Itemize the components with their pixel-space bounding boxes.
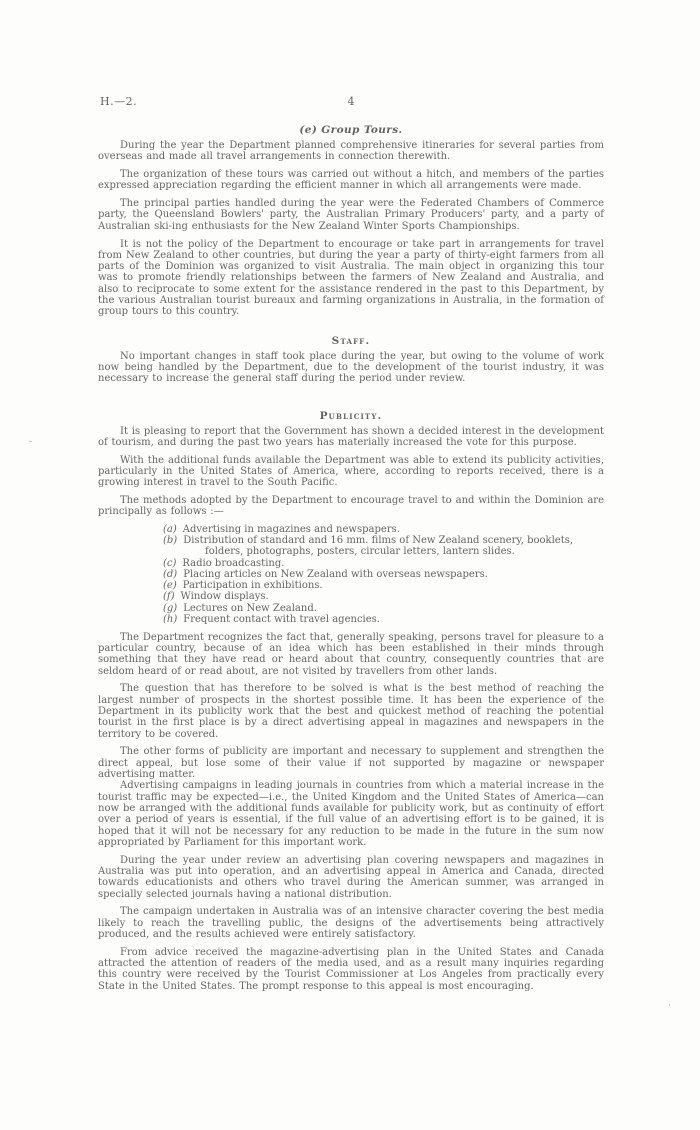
list-item: (d)Placing articles on New Zealand with … — [163, 569, 604, 580]
list-item-label: (c) — [163, 558, 176, 569]
paragraph: During the year the Department planned c… — [98, 140, 604, 163]
document-page-body: H.—2. 4 (e) Group Tours. During the year… — [98, 95, 604, 992]
list-item-text: Radio broadcasting. — [182, 558, 284, 569]
publicity-methods-list: (a)Advertising in magazines and newspape… — [163, 524, 604, 626]
paragraph: The principal parties handled during the… — [98, 198, 604, 232]
paragraph: The other forms of publicity are importa… — [98, 746, 604, 780]
scan-artifact-speck — [29, 441, 32, 442]
list-item-text: Lectures on New Zealand. — [183, 603, 317, 614]
list-item: (c)Radio broadcasting. — [163, 558, 604, 569]
list-item: (b)Distribution of standard and 16 mm. f… — [163, 535, 604, 558]
list-item-text: Window displays. — [181, 591, 269, 602]
section-heading-group-tours: (e) Group Tours. — [98, 124, 604, 136]
list-item-text: Frequent contact with travel agencies. — [183, 614, 380, 625]
section-heading-staff: Staff. — [98, 335, 604, 347]
paragraph: The question that has therefore to be so… — [98, 683, 604, 739]
list-item-text: Advertising in magazines and newspapers. — [183, 524, 400, 535]
paragraph: With the additional funds available the … — [98, 455, 604, 489]
scanned-document-page: { "doc": { "ref": "H.—2.", "page_number"… — [0, 0, 700, 1130]
list-item: (h)Frequent contact with travel agencies… — [163, 614, 604, 625]
paragraph: Advertising campaigns in leading journal… — [98, 780, 604, 848]
list-item-text: Distribution of standard and 16 mm. film… — [183, 535, 573, 557]
paragraph: The Department recognizes the fact that,… — [98, 632, 604, 677]
running-head: H.—2. 4 — [98, 95, 604, 108]
paragraph: From advice received the magazine-advert… — [98, 947, 604, 992]
list-item: (a)Advertising in magazines and newspape… — [163, 524, 604, 535]
section-heading-publicity: Publicity. — [98, 410, 604, 422]
paragraph: The methods adopted by the Department to… — [98, 495, 604, 518]
paragraph: The campaign undertaken in Australia was… — [98, 906, 604, 940]
list-item: (f)Window displays. — [163, 591, 604, 602]
paragraph: During the year under review an advertis… — [98, 855, 604, 900]
paragraph: The organization of these tours was carr… — [98, 169, 604, 192]
list-item-text: Participation in exhibitions. — [183, 580, 323, 591]
scan-artifact-speck — [669, 1004, 670, 1006]
paragraph: No important changes in staff took place… — [98, 351, 604, 385]
page-number: 4 — [98, 95, 604, 108]
list-item: (g)Lectures on New Zealand. — [163, 603, 604, 614]
list-item-label: (b) — [163, 535, 177, 546]
list-item: (e)Participation in exhibitions. — [163, 580, 604, 591]
list-item-text: Placing articles on New Zealand with ove… — [183, 569, 488, 580]
list-item-label: (g) — [163, 603, 177, 614]
paragraph: It is not the policy of the Department t… — [98, 239, 604, 318]
list-item-label: (h) — [163, 614, 177, 625]
list-item-label: (a) — [163, 524, 177, 535]
list-item-label: (d) — [163, 569, 177, 580]
list-item-label: (e) — [163, 580, 177, 591]
paragraph: It is pleasing to report that the Govern… — [98, 426, 604, 449]
list-item-label: (f) — [163, 591, 175, 602]
